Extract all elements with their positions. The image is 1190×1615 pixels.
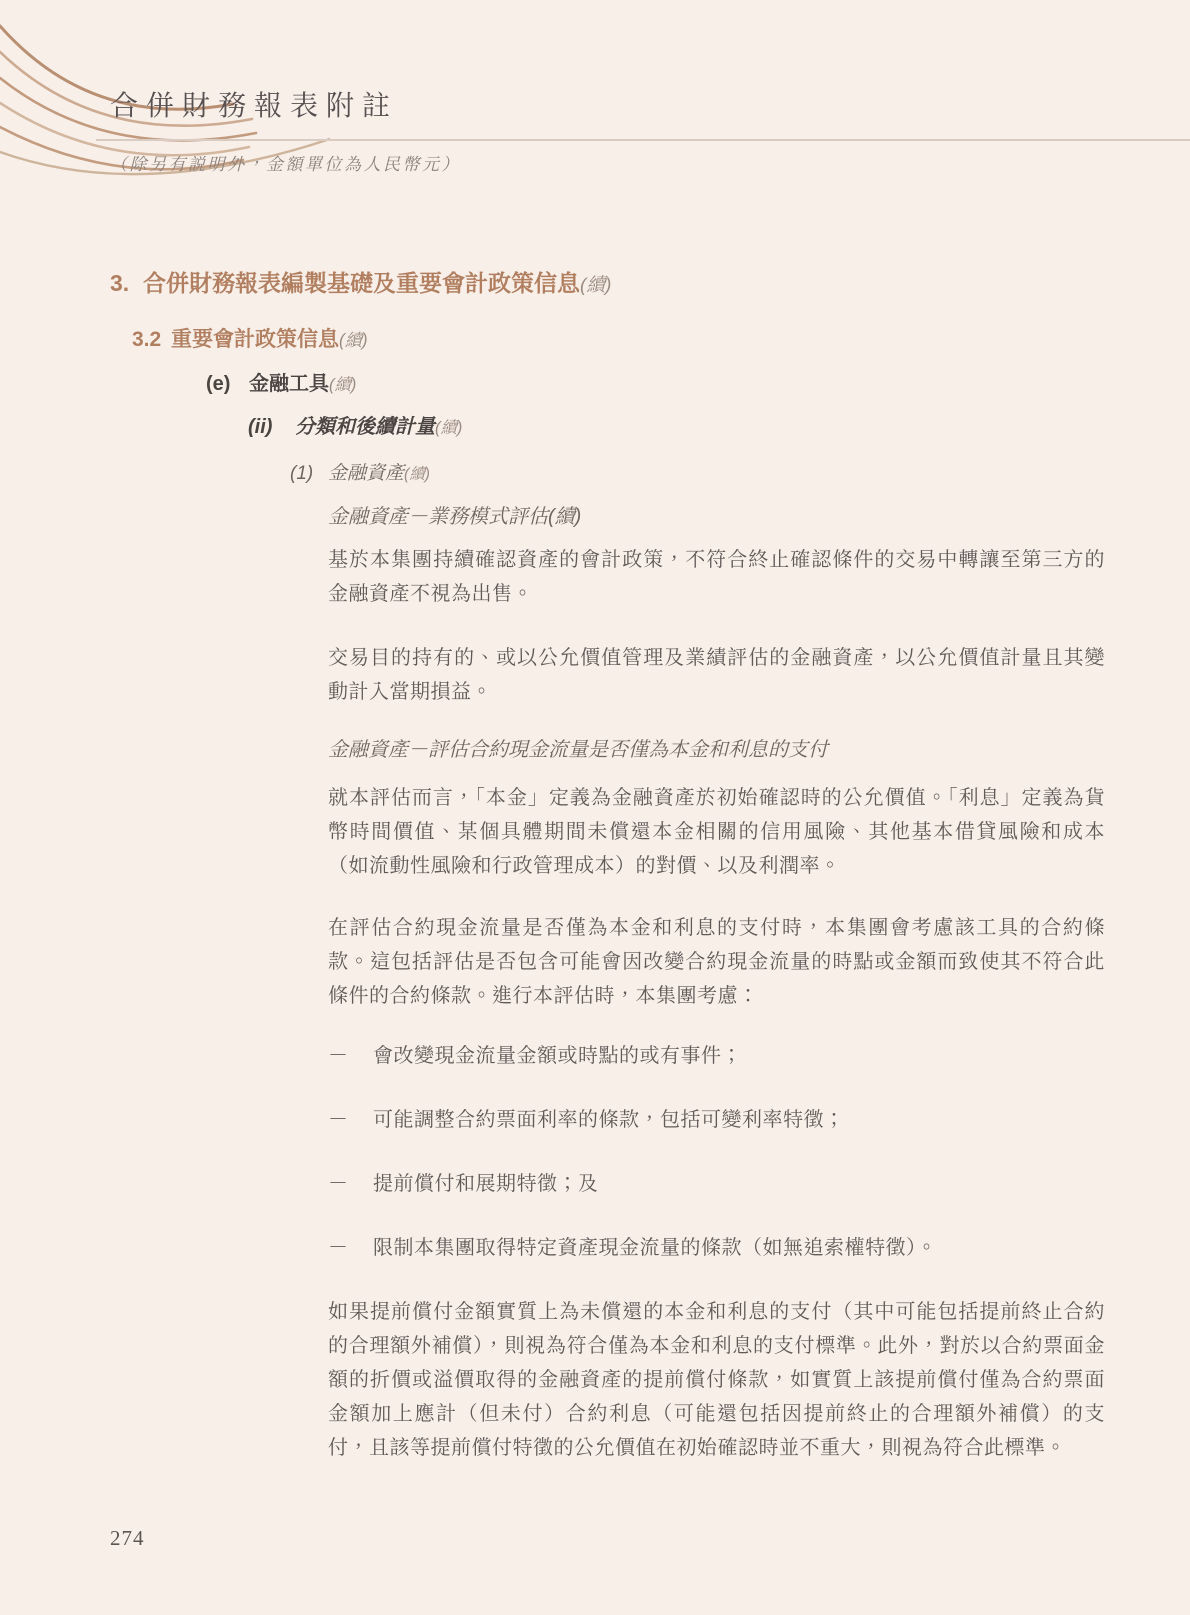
page-subtitle: （除另有説明外，金額單位為人民幣元） [110,150,461,175]
paragraph-principal-interest-definition: 就本評估而言，「本金」定義為金融資產於初始確認時的公允價值。「利息」定義為貨幣時… [328,781,1105,883]
section-title: 合併財務報表編製基礎及重要會計政策信息(續) [143,268,611,300]
list-item-text: 可能調整合約票面利率的條款，包括可變利率特徵； [373,1103,845,1137]
dash-bullet-icon: － [328,1167,373,1201]
paragraph-prepayment-criteria: 如果提前償付金額實質上為未償還的本金和利息的支付（其中可能包括提前終止合約的合理… [328,1295,1105,1465]
item-e-title: 金融工具(續) [249,371,356,399]
dash-bullet-icon: － [328,1231,373,1265]
sppi-subheading: 金融資產－評估合約現金流量是否僅為本金和利息的支付 [328,737,1105,764]
list-item-text: 提前償付和展期特徵；及 [373,1167,599,1201]
list-item: － 會改變現金流量金額或時點的或有事件； [328,1039,1105,1073]
subsection-number: 3.2 [132,326,171,354]
notes-content: 3. 合併財務報表編製基礎及重要會計政策信息(續) 3.2 重要會計政策信息(續… [110,268,1105,1495]
document-page: 合併財務報表附註 （除另有説明外，金額單位為人民幣元） 3. 合併財務報表編製基… [0,0,1190,1615]
item-e-heading: (e) 金融工具(續) [206,371,1105,399]
item-1-number: (1) [290,461,328,487]
item-1-title: 金融資產(續) [328,461,430,488]
subsection-heading: 3.2 重要會計政策信息(續) [132,326,1105,354]
paragraph-assessment-considerations: 在評估合約現金流量是否僅為本金和利息的支付時，本集團會考慮該工具的合約條款。這包… [328,911,1105,1013]
section-number: 3. [110,268,143,298]
continued-marker: (續) [404,466,430,483]
paragraph-fvtpl: 交易目的持有的、或以公允價值管理及業績評估的金融資產，以公允價值計量且其變動計入… [328,641,1105,709]
list-item: － 可能調整合約票面利率的條款，包括可變利率特徵； [328,1103,1105,1137]
item-ii-title: 分類和後續計量(續) [295,414,462,442]
continued-marker: (續) [435,419,462,437]
list-item: － 提前償付和展期特徵；及 [328,1167,1105,1201]
item-1-heading: (1) 金融資產(續) [290,461,1105,488]
header-divider [96,139,1190,141]
business-model-subheading: 金融資產－業務模式評估(續) [328,504,1105,531]
continued-marker: (續) [339,330,368,350]
section-heading: 3. 合併財務報表編製基礎及重要會計政策信息(續) [110,268,1105,300]
continued-marker: (續) [580,274,611,295]
paragraph-derecognition: 基於本集團持續確認資產的會計政策，不符合終止確認條件的交易中轉讓至第三方的金融資… [328,543,1105,611]
dash-bullet-icon: － [328,1039,373,1073]
continued-marker: (續) [329,376,356,394]
item-ii-number: (ii) [248,414,295,441]
page-title: 合併財務報表附註 [110,84,398,124]
subsection-title: 重要會計政策信息(續) [171,326,368,354]
list-item-text: 限制本集團取得特定資產現金流量的條款（如無追索權特徵）。 [373,1231,937,1265]
item-e-number: (e) [206,371,249,398]
page-number: 274 [110,1526,145,1551]
list-item-text: 會改變現金流量金額或時點的或有事件； [373,1039,742,1073]
list-item: － 限制本集團取得特定資產現金流量的條款（如無追索權特徵）。 [328,1231,1105,1265]
item-ii-heading: (ii) 分類和後續計量(續) [248,414,1105,442]
dash-bullet-icon: － [328,1103,373,1137]
